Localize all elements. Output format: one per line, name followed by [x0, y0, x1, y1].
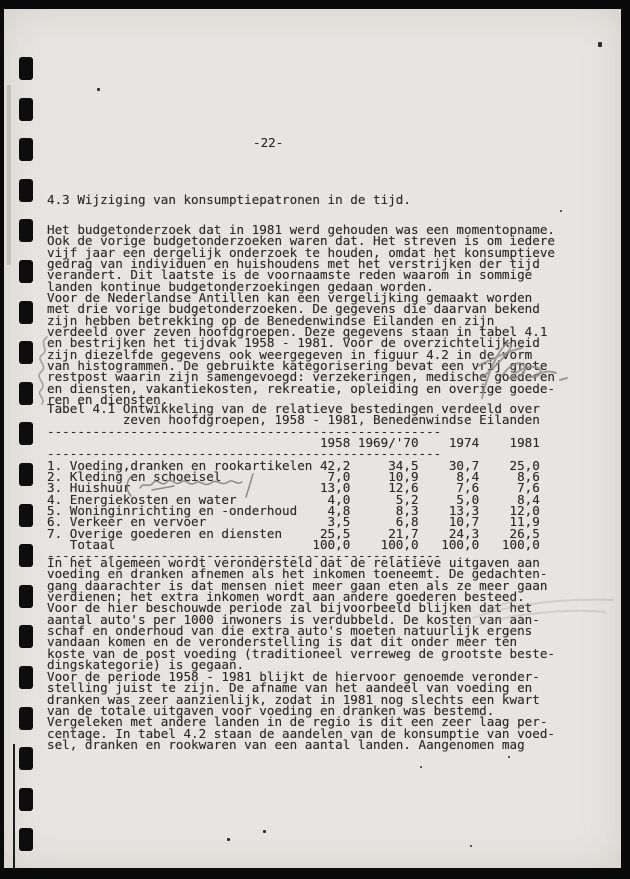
scanned-document-page: -22- 4.3 Wijziging van konsumptiepatrone…: [0, 0, 630, 879]
scan-border-top: [0, 0, 630, 9]
punch-hole: [19, 301, 33, 324]
scan-speck: [227, 838, 230, 841]
scan-speck: [508, 756, 510, 758]
page-number: -22-: [253, 137, 283, 148]
table-4-1: Tabel 4.1 Ontwikkeling van de relatieve …: [47, 403, 540, 562]
scan-speck: [560, 210, 562, 212]
punch-hole: [19, 341, 33, 364]
punch-hole: [19, 625, 33, 648]
scan-speck: [97, 88, 100, 91]
punch-hole: [19, 788, 33, 811]
scan-speck: [470, 845, 472, 847]
scan-speck: [598, 42, 602, 47]
binding-edge: [7, 85, 11, 265]
punch-hole: [19, 382, 33, 405]
margin-squiggle: [34, 336, 54, 406]
table-body: 1. Voeding,dranken en rookartikelen 42,2…: [47, 460, 540, 551]
scan-artifact-line: [13, 744, 15, 868]
punch-hole: [19, 707, 33, 730]
punch-hole: [19, 544, 33, 567]
scan-speck: [263, 830, 266, 833]
punch-hole: [19, 138, 33, 161]
punch-hole: [19, 219, 33, 242]
scan-border-right: [621, 0, 630, 879]
signature-scribble: [468, 340, 578, 402]
punch-hole: [19, 666, 33, 689]
punch-hole: [19, 504, 33, 527]
punch-hole: [19, 463, 33, 486]
handwritten-note: [122, 473, 262, 499]
table-caption: Tabel 4.1 Ontwikkeling van de relatieve …: [47, 403, 540, 426]
scan-border-bottom: [0, 868, 630, 879]
punch-hole: [19, 828, 33, 851]
pencil-smudge: [455, 592, 620, 637]
scan-speck: [420, 766, 422, 768]
paragraph-period-1958-1981: Voor de periode 1958 - 1981 blijkt de hi…: [47, 671, 555, 750]
section-heading: 4.3 Wijziging van konsumptiepatronen in …: [47, 194, 411, 205]
punch-hole: [19, 585, 33, 608]
punch-hole: [19, 179, 33, 202]
punch-hole: [19, 57, 33, 80]
punch-hole: [19, 747, 33, 770]
punch-hole: [19, 260, 33, 283]
scan-border-left: [0, 0, 4, 879]
punch-hole: [19, 422, 33, 445]
punch-hole: [19, 98, 33, 121]
